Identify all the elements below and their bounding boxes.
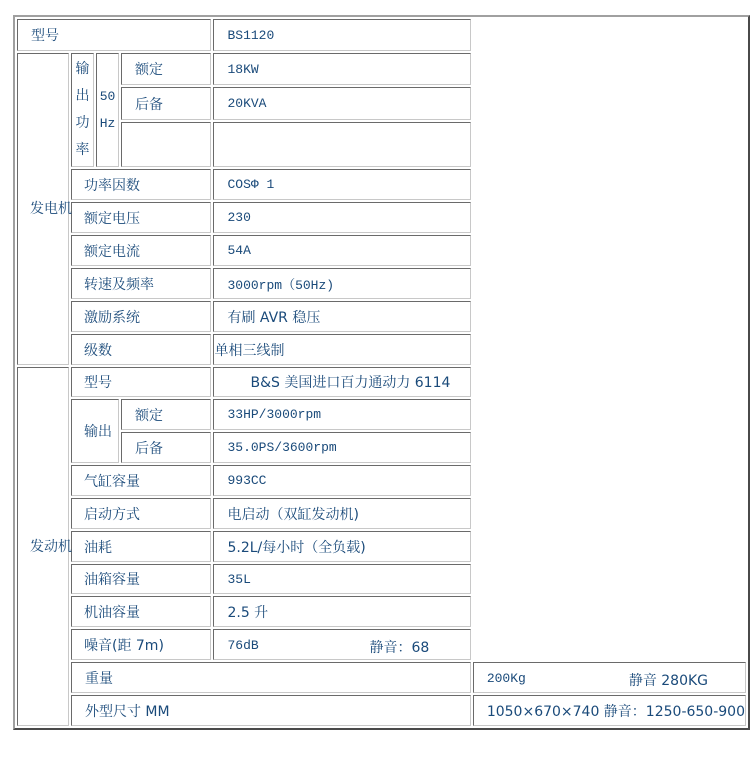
row-engine-model: 发动机 型号 B&S 美国进口百力通动力 6114 <box>17 367 746 397</box>
gen-rated-value: 18KW <box>213 53 470 85</box>
dimensions-label: 外型尺寸 MM <box>71 695 471 726</box>
row-displacement: 气缸容量 993CC <box>17 465 746 496</box>
rated-current-label: 额定电流 <box>71 235 211 266</box>
frequency-unit: Hz <box>97 110 118 137</box>
dimensions-value: 1050×670×740 静音：1250-650-900 <box>473 695 746 726</box>
noise-label: 噪音(距 7m) <box>71 629 211 660</box>
row-power-factor: 功率因数 COSΦ 1 <box>17 169 746 200</box>
engine-standby-label: 后备 <box>121 432 211 463</box>
rated-current-value: 54A <box>213 235 470 266</box>
frequency-value: 50 <box>97 83 118 110</box>
row-fuel-tank: 油箱容量 35L <box>17 564 746 594</box>
phases-label: 级数 <box>71 334 211 365</box>
spec-table: 型号 BS1120 发电机 输 出 功 率 50 Hz 额定 18KW 后备 2… <box>13 15 750 730</box>
gen-standby-label: 后备 <box>121 87 211 119</box>
engine-group-text: 发动机 <box>30 534 66 560</box>
row-rated-current: 额定电流 54A <box>17 235 746 266</box>
engine-rated-label: 额定 <box>121 399 211 430</box>
speed-frequency-label: 转速及频率 <box>71 268 211 299</box>
frequency-label: 50 Hz <box>96 53 119 167</box>
output-power-char: 率 <box>72 137 93 164</box>
row-gen-standby: 后备 20KVA <box>17 87 746 119</box>
weight-quiet-value: 静音 280KG <box>629 670 708 690</box>
row-model: 型号 BS1120 <box>17 19 746 51</box>
rated-voltage-label: 额定电压 <box>71 202 211 233</box>
gen-blank-value <box>213 122 470 167</box>
engine-model-value: B&S 美国进口百力通动力 6114 <box>213 367 470 397</box>
start-method-label: 启动方式 <box>71 498 211 529</box>
row-oil-capacity: 机油容量 2.5 升 <box>17 596 746 627</box>
row-engine-standby: 后备 35.0PS/3600rpm <box>17 432 746 463</box>
rated-voltage-value: 230 <box>213 202 470 233</box>
row-phases: 级数 单相三线制 <box>17 334 746 365</box>
displacement-label: 气缸容量 <box>71 465 211 496</box>
row-gen-rated: 发电机 输 出 功 率 50 Hz 额定 18KW <box>17 53 746 85</box>
engine-standby-value: 35.0PS/3600rpm <box>213 432 470 463</box>
generator-group-text: 发电机 <box>30 196 66 222</box>
output-power-char: 输 <box>72 56 93 83</box>
row-speed-frequency: 转速及频率 3000rpm（50Hz) <box>17 268 746 299</box>
row-rated-voltage: 额定电压 230 <box>17 202 746 233</box>
row-fuel-consumption: 油耗 5.2L/每小时（全负载) <box>17 531 746 562</box>
row-gen-blank <box>17 122 746 167</box>
excitation-value: 有刷 AVR 稳压 <box>213 301 470 332</box>
excitation-label: 激励系统 <box>71 301 211 332</box>
row-noise: 噪音(距 7m) 76dB 静音：68 <box>17 629 746 660</box>
oil-capacity-label: 机油容量 <box>71 596 211 627</box>
gen-standby-value: 20KVA <box>213 87 470 119</box>
phases-value: 单相三线制 <box>213 334 470 365</box>
start-method-value: 电启动（双缸发动机) <box>213 498 470 529</box>
output-power-char: 出 <box>72 83 93 110</box>
model-label: 型号 <box>17 19 211 51</box>
engine-output-label: 输出 <box>71 399 119 463</box>
engine-rated-value: 33HP/3000rpm <box>213 399 470 430</box>
weight-label: 重量 <box>71 662 471 693</box>
row-start-method: 启动方式 电启动（双缸发动机) <box>17 498 746 529</box>
row-weight: 重量 200Kg 静音 280KG <box>17 662 746 693</box>
displacement-value: 993CC <box>213 465 470 496</box>
weight-value: 200Kg <box>487 671 526 686</box>
fuel-tank-value: 35L <box>213 564 470 594</box>
gen-rated-label: 额定 <box>121 53 211 85</box>
power-factor-value: COSΦ 1 <box>213 169 470 200</box>
engine-model-label: 型号 <box>71 367 211 397</box>
fuel-tank-label: 油箱容量 <box>71 564 211 594</box>
noise-value-cell: 76dB 静音：68 <box>213 629 470 660</box>
row-excitation: 激励系统 有刷 AVR 稳压 <box>17 301 746 332</box>
fuel-consumption-label: 油耗 <box>71 531 211 562</box>
power-factor-label: 功率因数 <box>71 169 211 200</box>
generator-group-label: 发电机 <box>17 53 69 365</box>
noise-value: 76dB <box>227 638 258 653</box>
output-power-label: 输 出 功 率 <box>71 53 94 167</box>
weight-value-cell: 200Kg 静音 280KG <box>473 662 746 693</box>
row-dimensions: 外型尺寸 MM 1050×670×740 静音：1250-650-900 <box>17 695 746 726</box>
speed-frequency-value: 3000rpm（50Hz) <box>213 268 470 299</box>
model-value: BS1120 <box>213 19 470 51</box>
fuel-consumption-value: 5.2L/每小时（全负载) <box>213 531 470 562</box>
engine-group-label: 发动机 <box>17 367 69 726</box>
gen-blank-label <box>121 122 211 167</box>
row-engine-rated: 输出 额定 33HP/3000rpm <box>17 399 746 430</box>
output-power-char: 功 <box>72 110 93 137</box>
noise-quiet-value: 静音：68 <box>369 637 429 657</box>
oil-capacity-value: 2.5 升 <box>213 596 470 627</box>
